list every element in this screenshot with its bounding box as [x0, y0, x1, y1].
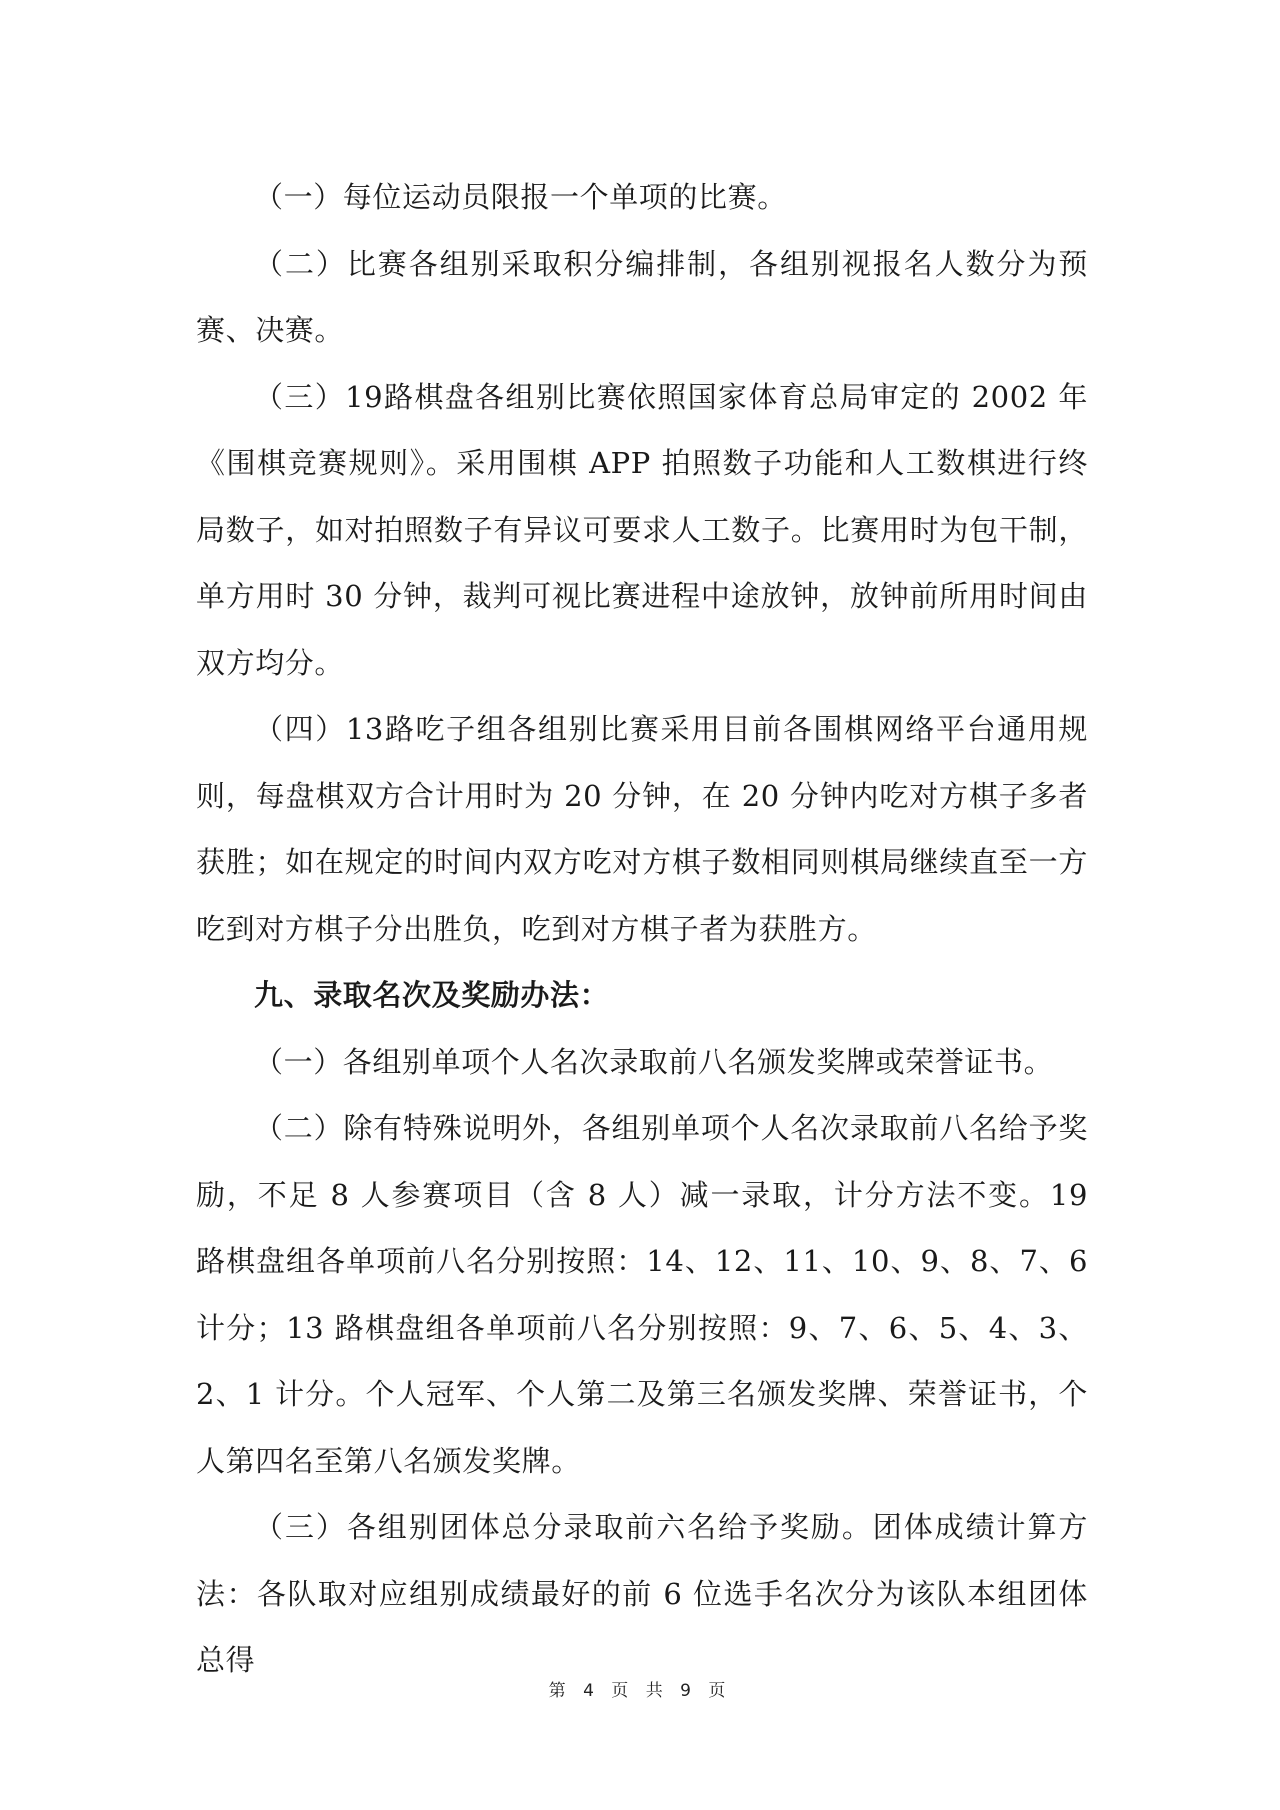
paragraph-item-2: （二）比赛各组别采取积分编排制，各组别视报名人数分为预赛、决赛。: [196, 231, 1088, 364]
document-page: （一）每位运动员限报一个单项的比赛。 （二）比赛各组别采取积分编排制，各组别视报…: [0, 0, 1280, 1810]
paragraph-item-1: （一）每位运动员限报一个单项的比赛。: [196, 164, 1088, 231]
paragraph-item-4: （四）13路吃子组各组别比赛采用目前各围棋网络平台通用规则，每盘棋双方合计用时为…: [196, 696, 1088, 962]
paragraph-item-6: （二）除有特殊说明外，各组别单项个人名次录取前八名给予奖励，不足 8 人参赛项目…: [196, 1095, 1088, 1494]
paragraph-item-5: （一）各组别单项个人名次录取前八名颁发奖牌或荣誉证书。: [196, 1029, 1088, 1096]
document-body: （一）每位运动员限报一个单项的比赛。 （二）比赛各组别采取积分编排制，各组别视报…: [196, 164, 1088, 1694]
paragraph-item-3: （三）19路棋盘各组别比赛依照国家体育总局审定的 2002 年《围棋竞赛规则》。…: [196, 364, 1088, 697]
section-heading: 九、录取名次及奖励办法：: [196, 962, 1088, 1029]
paragraph-item-7: （三）各组别团体总分录取前六名给予奖励。团体成绩计算方法：各队取对应组别成绩最好…: [196, 1494, 1088, 1694]
page-number-footer: 第 4 页 共 9 页: [0, 1676, 1280, 1701]
